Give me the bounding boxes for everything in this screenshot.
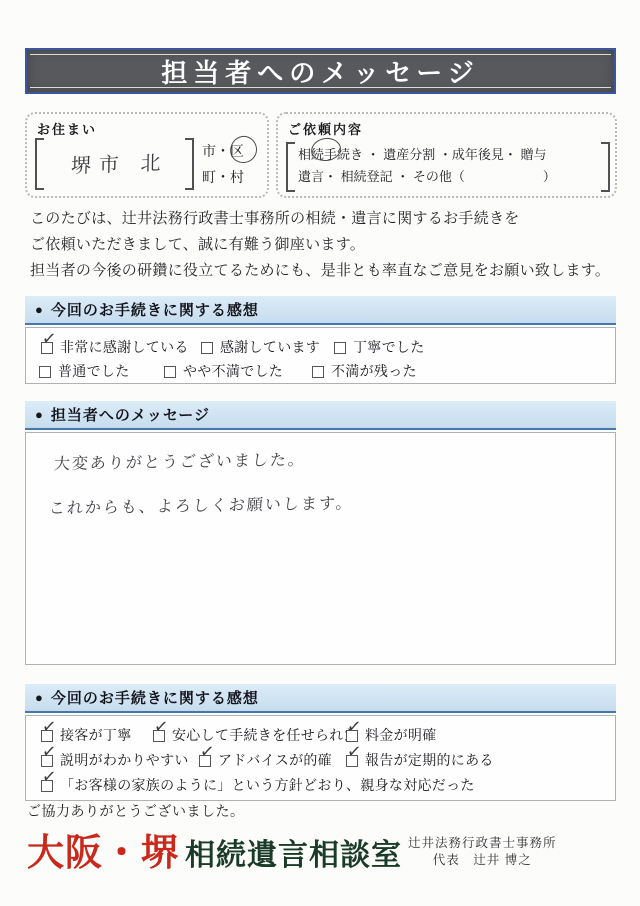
intro-paragraph: このたびは、辻井法務行政書士事務所の相続・遺言に関するお手続きを ご依頼いただき… (30, 206, 610, 284)
checkbox (164, 366, 176, 378)
request-bracket-right (601, 142, 610, 192)
checkbox (41, 755, 53, 767)
residence-bracket-left (35, 138, 44, 190)
checkbox-item-polite-service: ✓接客が丁寧 (41, 725, 132, 745)
brand-inheritance-will-office: 相続遺言相談室 (185, 830, 402, 874)
message-panel: 大変ありがとうございました。 これからも、よろしくお願いします。 (25, 432, 616, 665)
intro-line-3: 担当者の今後の研鑽に役立てるためにも、是非とも率直なご意見をお願い致します。 (30, 258, 610, 284)
checkbox (346, 730, 358, 742)
checkbox (334, 342, 346, 354)
checkbox (199, 755, 211, 767)
checkbox-item-regular-reports: ✓報告が定期的にある (346, 750, 494, 770)
bullet-icon: ● (35, 303, 43, 316)
checkbox-label: 料金が明確 (365, 727, 437, 743)
checkbox-item-very-grateful: ✓非常に感謝している (41, 337, 189, 357)
intro-line-1: このたびは、辻井法務行政書士事務所の相続・遺言に関するお手続きを (30, 206, 610, 232)
residence-box: お住まい 堺市 北 市・区 町・村 (25, 112, 269, 198)
intro-line-2: ご依頼いただきまして、誠に有難う御座います。 (30, 232, 610, 258)
section-heading-message: ● 担当者へのメッセージ (25, 400, 616, 430)
request-label: ご依頼内容 (288, 119, 363, 138)
checkbox (346, 755, 358, 767)
handwritten-message-line-1: 大変ありがとうございました。 (53, 447, 307, 474)
checkbox-label: 丁寧でした (353, 339, 425, 355)
checkbox (312, 366, 324, 378)
checkbox (39, 366, 51, 378)
impression1-heading: 今回のお手続きに関する感想 (51, 299, 259, 320)
handwritten-message-line-2: これからも、よろしくお願いします。 (48, 490, 354, 518)
checkbox-label: 安心して手続きを任せられた (172, 727, 358, 743)
residence-bracket-right (185, 138, 194, 190)
residence-handwritten-value: 堺市 北 (71, 146, 169, 178)
closing-thanks-text: ご協力ありがとうございました。 (27, 801, 245, 821)
title-bar-top-rule (30, 54, 611, 55)
checkbox-item-ordinary: 普通でした (39, 361, 130, 381)
checkbox-label: 普通でした (58, 363, 130, 379)
form-title-bar: 担当者へのメッセージ (25, 48, 616, 94)
checkbox (41, 342, 53, 354)
checkbox-label: 非常に感謝している (60, 339, 189, 355)
request-options-line2: 遺言・ 相続登記 ・ その他（ ） (298, 166, 556, 188)
title-bar-bottom-rule (30, 87, 611, 88)
checkbox-item-grateful: 感謝しています (201, 337, 320, 357)
request-box: ご依頼内容 相続手続き ・ 遺産分割 ・成年後見・ 贈与 遺言・ 相続登記 ・ … (276, 112, 617, 198)
section-heading-impression2: ● 今回のお手続きに関する感想 (25, 683, 616, 713)
message-heading: 担当者へのメッセージ (51, 404, 210, 425)
bullet-icon: ● (35, 408, 43, 421)
office-representative: 代表 辻井 博之 (408, 852, 557, 869)
checkbox-item-clear-fees: ✓料金が明確 (346, 725, 437, 745)
brand-logo: 大阪・堺 相続遺言相談室 (27, 822, 402, 876)
checkbox (41, 780, 53, 792)
impression2-panel: ✓接客が丁寧 ✓安心して手続きを任せられた ✓料金が明確 ✓説明がわかりやすい … (25, 715, 616, 801)
checkbox-label: 不満が残った (331, 363, 417, 379)
checkbox-item-somewhat-dissatisfied: やや不満でした (164, 361, 283, 381)
checkbox (41, 730, 53, 742)
impression1-panel: ✓非常に感謝している 感謝しています 丁寧でした 普通でした やや不満でした 不… (25, 327, 616, 384)
checkbox-item-dissatisfied: 不満が残った (312, 361, 417, 381)
checkbox-label: 説明がわかりやすい (60, 752, 189, 768)
scanned-questionnaire-page: 担当者へのメッセージ お住まい 堺市 北 市・区 町・村 ご依頼内容 相続手続き… (0, 0, 640, 906)
checkbox-item-clear-explanation: ✓説明がわかりやすい (41, 750, 189, 770)
checkbox-label: やや不満でした (183, 363, 283, 379)
section-heading-impression1: ● 今回のお手続きに関する感想 (25, 295, 616, 325)
checkbox (153, 730, 165, 742)
residence-label: お住まい (37, 119, 97, 138)
residence-unit-town-village: 町・村 (202, 164, 244, 190)
bullet-icon: ● (35, 691, 43, 704)
checkbox-label: 感謝しています (220, 339, 320, 355)
checkbox-label: 「お客様の家族のように」という方針どおり、親身な対応だった (60, 777, 475, 793)
request-bracket-left (286, 142, 295, 192)
checkbox-label: 報告が定期的にある (365, 752, 494, 768)
office-signature-block: 辻井法務行政書士事務所 代表 辻井 博之 (408, 835, 557, 869)
office-name: 辻井法務行政書士事務所 (408, 835, 557, 852)
impression2-heading: 今回のお手続きに関する感想 (51, 687, 259, 708)
checkbox-item-like-family-policy: ✓「お客様の家族のように」という方針どおり、親身な対応だった (41, 775, 475, 795)
checkbox-label: アドバイスが的確 (218, 752, 332, 768)
checkbox-item-accurate-advice: ✓アドバイスが的確 (199, 750, 332, 770)
checkbox-label: 接客が丁寧 (60, 727, 132, 743)
checkbox-item-polite: 丁寧でした (334, 337, 425, 357)
form-title: 担当者へのメッセージ (161, 53, 479, 90)
brand-osaka-sakai: 大阪・堺 (27, 822, 179, 876)
checkbox-item-entrusted-with-confidence: ✓安心して手続きを任せられた (153, 725, 358, 745)
checkbox (201, 342, 213, 354)
